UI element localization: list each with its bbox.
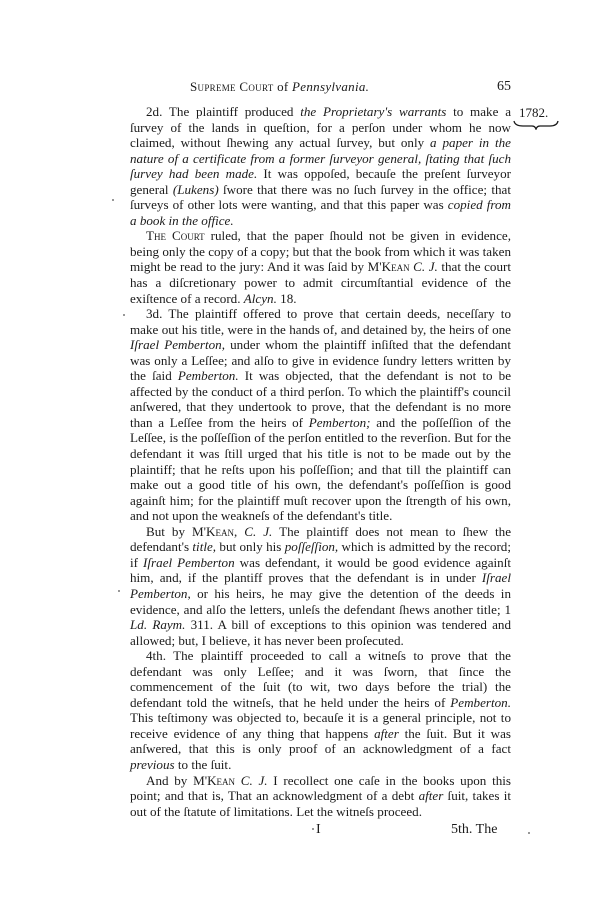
italic-text: (Lukens): [173, 182, 219, 197]
italic-text: after: [419, 788, 444, 803]
paragraph: The Court ruled, that the paper ſhould n…: [130, 228, 511, 306]
italic-text: Alcyn.: [244, 291, 277, 306]
text-run: 3d. The plaintiff offered to prove that …: [130, 306, 511, 337]
text-run: and the poſſeſſion of the Leſſee, is the…: [130, 415, 511, 523]
running-head-court: Supreme Court: [190, 79, 274, 94]
signature-mark: I: [316, 822, 321, 838]
italic-text: Pemberton;: [309, 415, 371, 430]
italic-text: poſſeſſion,: [285, 539, 338, 554]
text-run: 18.: [277, 291, 297, 306]
running-head: Supreme Court of Pennsylvania. 65: [130, 79, 511, 97]
margin-brace-icon: [513, 120, 559, 130]
paragraph: And by M'Kean C. J. I recollect one caſe…: [130, 773, 511, 820]
small-caps-text: M'Kean,: [192, 524, 237, 539]
paragraph: But by M'Kean, C. J. The plaintiff does …: [130, 524, 511, 648]
running-head-of: of: [274, 79, 293, 94]
text-run: And by: [146, 773, 193, 788]
paragraph: 4th. The plaintiff proceeded to call a w…: [130, 648, 511, 772]
italic-text: the Proprietary's warrants: [300, 104, 446, 119]
italic-text: Iſrael Pemberton: [143, 555, 235, 570]
text-run: But by: [146, 524, 192, 539]
print-speck: [312, 828, 314, 830]
paragraph: 2d. The plaintiff produced the Proprieta…: [130, 104, 511, 228]
italic-text: Pemberton.: [178, 368, 239, 383]
text-run: 311. A bill of exceptions to this opinio…: [130, 617, 511, 648]
italic-text: Ld. Raym.: [130, 617, 185, 632]
paragraph: 3d. The plaintiff offered to prove that …: [130, 306, 511, 524]
small-caps-text: The Court: [146, 228, 205, 243]
page-number: 65: [497, 79, 511, 95]
italic-text: Pemberton.: [450, 695, 511, 710]
running-head-state: Pennsylvania.: [292, 79, 369, 94]
text-run: 2d. The plaintiff produced: [146, 104, 300, 119]
italic-text: Iſrael Pemberton,: [130, 337, 225, 352]
body-text: 2d. The plaintiff produced the Proprieta…: [130, 104, 511, 819]
print-speck: [118, 590, 120, 592]
print-speck: [123, 314, 125, 316]
italic-text: C. J.: [244, 524, 272, 539]
text-run: but only his: [216, 539, 285, 554]
print-speck: [528, 832, 530, 834]
running-head-title: Supreme Court of Pennsylvania.: [190, 79, 369, 95]
margin-note-year: 1782.: [519, 105, 548, 121]
italic-text: C. J.: [241, 773, 268, 788]
print-speck: [112, 199, 114, 201]
italic-text: after: [374, 726, 399, 741]
italic-text: title,: [192, 539, 216, 554]
italic-text: previous: [130, 757, 175, 772]
small-caps-text: M'Kean: [193, 773, 235, 788]
catchword: 5th. The: [451, 822, 497, 838]
italic-text: C. J.: [413, 259, 438, 274]
book-page: Supreme Court of Pennsylvania. 65 1782. …: [0, 0, 600, 903]
small-caps-text: M'Kean: [368, 259, 410, 274]
text-run: to the ſuit.: [175, 757, 232, 772]
